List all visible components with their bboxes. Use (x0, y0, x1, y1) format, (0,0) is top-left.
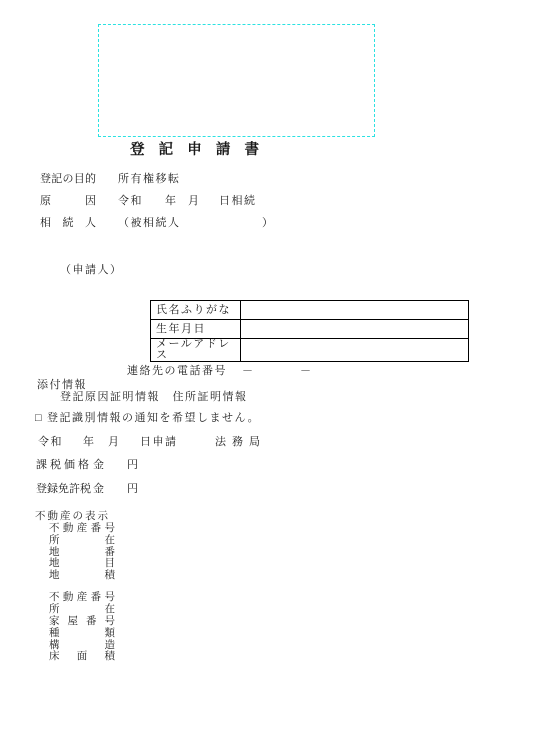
phone-dash-1: － (242, 366, 255, 377)
furigana-value-cell[interactable] (241, 301, 469, 320)
registration-application-document: 登記申請書 登記の目的 所有権移転 原因 令和 年 月 日相続 相続人 （被相続… (0, 0, 545, 731)
land-property-number-label: 不動産番号 (49, 523, 115, 534)
building-location-label: 所在 (49, 604, 115, 615)
table-row: 氏名ふりがな (151, 301, 469, 320)
legal-affairs-bureau-label: 法務局 (215, 437, 260, 448)
filing-era: 令和 (38, 437, 63, 448)
land-category-label: 地目 (49, 558, 115, 569)
registration-tax-label: 登録免許税 (36, 484, 89, 495)
filing-day-label: 日申請 (140, 437, 178, 448)
attachments-header: 添付情報 (37, 380, 87, 391)
building-type-label: 種類 (49, 628, 115, 639)
table-row: 生年月日 (151, 320, 469, 339)
notification-checkbox[interactable]: □ (35, 413, 43, 424)
land-area-label: 地積 (49, 570, 115, 581)
notification-checkbox-label: 登記識別情報の通知を希望しません。 (47, 413, 260, 424)
table-row: メールアドレス (151, 339, 469, 362)
applicant-info-placeholder-box (98, 24, 375, 137)
purpose-value: 所有権移転 (118, 174, 181, 185)
cause-year-label: 年 (165, 196, 178, 207)
email-label-cell: メールアドレス (151, 339, 241, 362)
applicant-note: （申請人） (60, 265, 123, 276)
heir-label: 相続人 (40, 218, 96, 229)
building-property-number-label: 不動産番号 (49, 592, 115, 603)
building-floor-area-label: 床面積 (49, 651, 115, 662)
decedent-paren-close: ） (262, 218, 275, 229)
page-title: 登記申請書 (130, 143, 259, 158)
registration-tax-kin: 金 (93, 484, 106, 495)
cause-month-label: 月 (188, 196, 201, 207)
filing-year-label: 年 (83, 437, 96, 448)
assessed-value-kin: 金 (93, 460, 106, 471)
birthdate-label-cell: 生年月日 (151, 320, 241, 339)
cause-day-label: 日相続 (219, 196, 257, 207)
filing-month-label: 月 (108, 437, 121, 448)
furigana-label-cell: 氏名ふりがな (151, 301, 241, 320)
email-value-cell[interactable] (241, 339, 469, 362)
property-description-header: 不動産の表示 (35, 511, 110, 522)
land-lot-number-label: 地番 (49, 547, 115, 558)
phone-label: 連絡先の電話番号 (127, 366, 227, 377)
applicant-contact-table: 氏名ふりがな 生年月日 メールアドレス (150, 300, 469, 362)
registration-tax-yen: 円 (127, 484, 140, 495)
building-house-number-label: 家屋番号 (49, 616, 115, 627)
birthdate-value-cell[interactable] (241, 320, 469, 339)
phone-dash-2: － (300, 366, 313, 377)
cause-era: 令和 (118, 196, 143, 207)
cause-label: 原因 (40, 196, 96, 207)
decedent-paren-open: （被相続人 (118, 218, 181, 229)
building-structure-label: 構造 (49, 640, 115, 651)
assessed-value-label: 課税価格 (36, 460, 89, 471)
attachments-items: 登記原因証明情報 住所証明情報 (60, 392, 248, 403)
land-location-label: 所在 (49, 535, 115, 546)
assessed-value-yen: 円 (127, 460, 140, 471)
purpose-label: 登記の目的 (40, 174, 96, 185)
